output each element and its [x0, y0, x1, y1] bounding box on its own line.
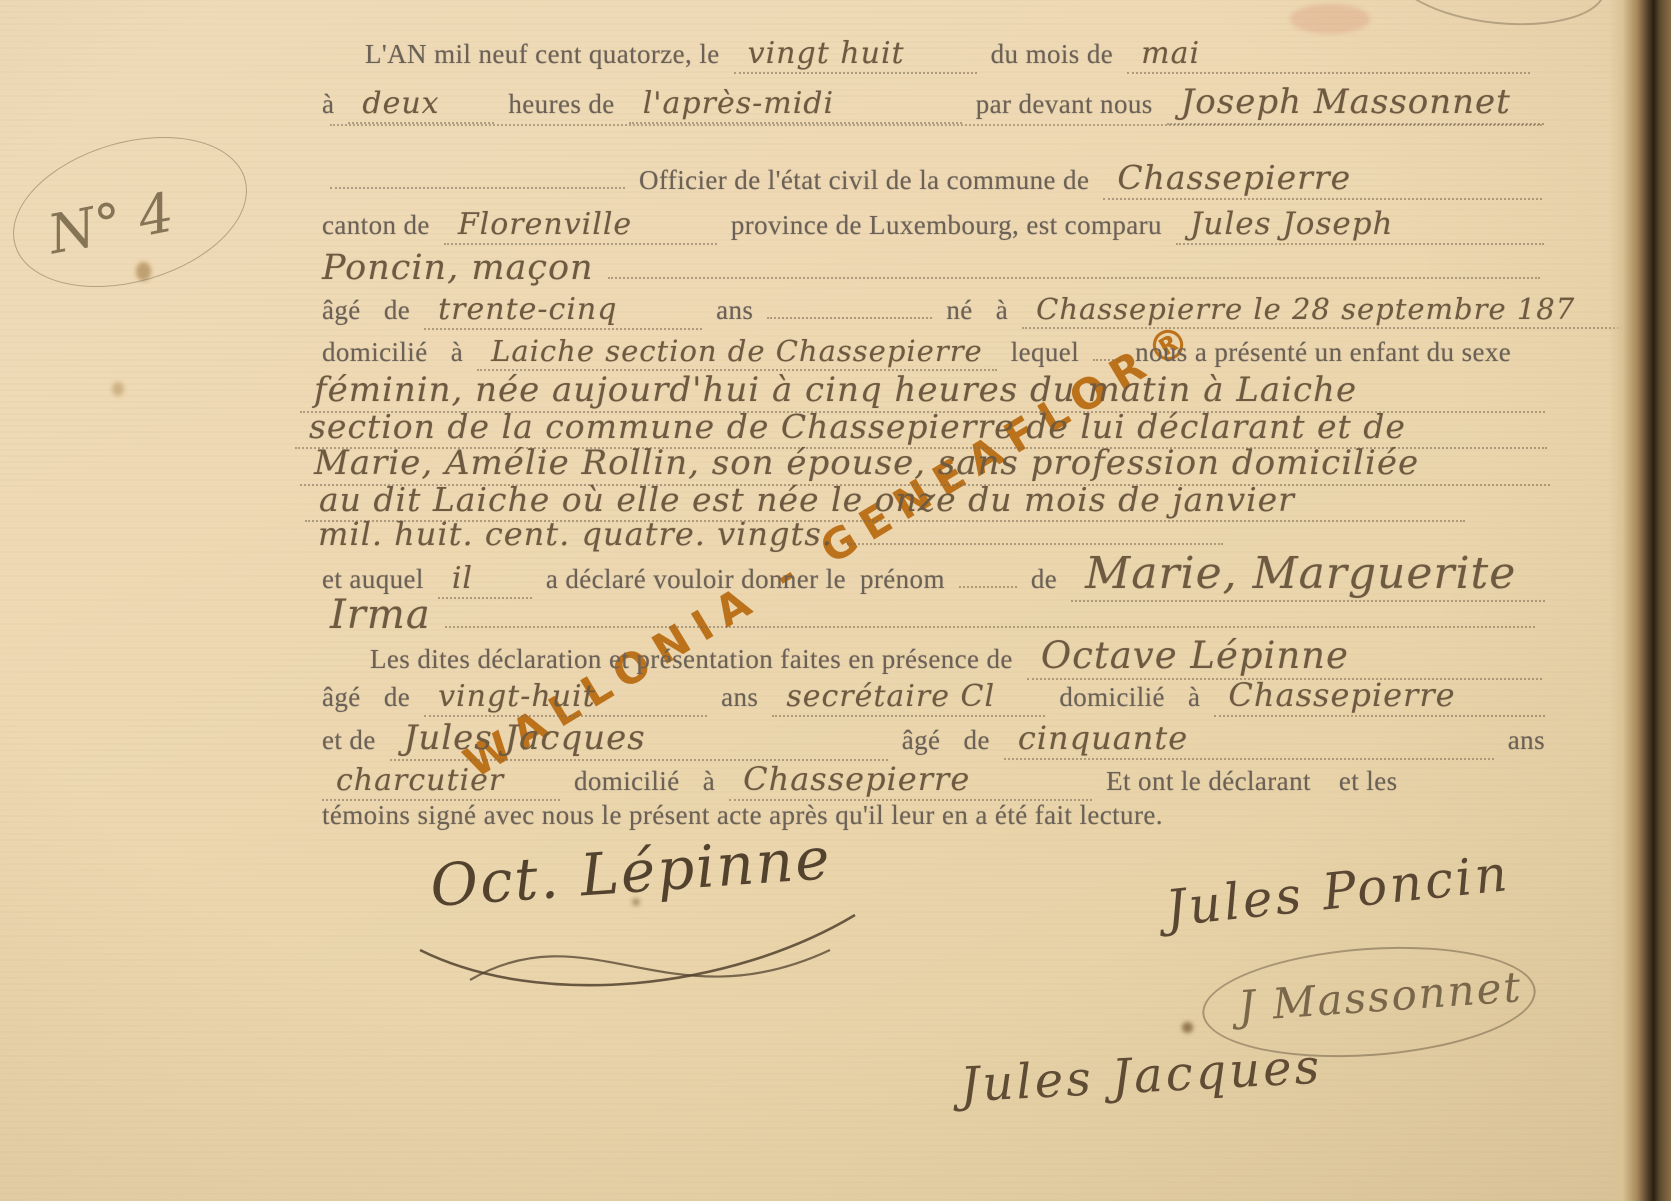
- handwritten-period: l'après-midi: [629, 86, 962, 124]
- printed-text: Les dites déclaration et présentation fa…: [370, 644, 1013, 675]
- handwritten-child-name-2: Irma: [330, 592, 431, 638]
- printed-text: a déclaré vouloir donner le: [546, 564, 846, 595]
- handwritten-witness1-age: vingt-huit: [424, 679, 707, 717]
- form-line-hour: à deux heures de l'après-midi par devant…: [322, 82, 1544, 125]
- handwritten-birthplace-date: Chassepierre le 28 septembre 187: [1022, 292, 1671, 329]
- printed-text: âgé de: [902, 725, 990, 756]
- printed-text: lequel: [1011, 337, 1079, 368]
- red-smudge: [1290, 4, 1370, 34]
- handwritten-canton: Florenville: [444, 207, 717, 245]
- signature-flourish: [400, 895, 880, 1005]
- form-line-witness2: et de Jules Jacques âgé de cinquante ans: [322, 718, 1545, 761]
- birth-certificate-scan: { "document": { "margin_number": "N° 4",…: [0, 0, 1671, 1201]
- form-line-age: âgé de trente-cinq ans né à Chassepierre…: [322, 292, 1671, 330]
- handwritten-witness2-age: cinquante: [1004, 719, 1494, 760]
- printed-text: domicilié à: [574, 766, 715, 797]
- dotted-blank: [1093, 359, 1121, 361]
- printed-text: province de Luxembourg, est comparu: [731, 210, 1162, 241]
- dotted-blank: [847, 543, 1223, 545]
- handwritten-declarant-firstname: Jules Joseph: [1176, 206, 1544, 245]
- printed-text: Et ont le déclarant: [1106, 766, 1311, 797]
- printed-text: L'AN mil neuf cent quatorze, le: [365, 39, 720, 70]
- handwritten-name-profession: Poncin, maçon: [322, 248, 594, 288]
- printed-text: canton de: [322, 210, 430, 241]
- dotted-blank: [330, 187, 625, 189]
- handwritten-witness1-name: Octave Lépinne: [1027, 634, 1542, 680]
- printed-text: et les: [1339, 766, 1398, 797]
- handwritten-witness2-name: Jules Jacques: [390, 718, 888, 761]
- printed-text: et de: [322, 725, 376, 756]
- form-line-witness1: âgé de vingt-huit ans secrétaire Cl domi…: [322, 676, 1545, 717]
- printed-text: du mois de: [991, 39, 1114, 70]
- dotted-blank: [767, 317, 932, 319]
- printed-text: ans: [1508, 725, 1545, 756]
- form-line-officier: Officier de l'état civil de la commune d…: [330, 158, 1542, 200]
- printed-text: Officier de l'état civil de la commune d…: [639, 165, 1089, 196]
- form-line-profession: Poncin, maçon: [322, 248, 1540, 288]
- form-line-canton: canton de Florenville province de Luxemb…: [322, 206, 1544, 245]
- handwritten-registrar: Joseph Massonnet: [1167, 82, 1544, 125]
- handwritten-domicile: Laiche section de Chassepierre: [477, 334, 997, 371]
- ink-stain: [1182, 1022, 1193, 1033]
- blank-rule: [330, 124, 1542, 126]
- printed-text: né à: [946, 295, 1008, 326]
- handwritten-hour: deux: [348, 86, 494, 124]
- printed-text: domicilié à: [322, 337, 463, 368]
- handwritten-age: trente-cinq: [424, 292, 702, 330]
- dotted-blank: [608, 277, 1540, 279]
- printed-text: ans: [716, 295, 753, 326]
- printed-text: et auquel: [322, 564, 424, 595]
- printed-text: à: [322, 89, 334, 120]
- printed-text: ans: [721, 682, 758, 713]
- printed-text: témoins signé avec nous le présent acte …: [322, 800, 1163, 831]
- printed-text: par devant nous: [976, 89, 1153, 120]
- form-line-witness2b: charcutier domicilié à Chassepierre Et o…: [322, 760, 1545, 801]
- handwritten-witness1-domicile: Chassepierre: [1214, 676, 1545, 717]
- form-line-year: L'AN mil neuf cent quatorze, le vingt hu…: [365, 36, 1530, 74]
- printed-text: de: [1031, 564, 1057, 595]
- form-line-prenom2: Irma: [330, 592, 1535, 638]
- form-line-closing: témoins signé avec nous le présent acte …: [322, 800, 1422, 831]
- ink-stain: [112, 382, 124, 396]
- handwritten-witness2-profession: charcutier: [322, 763, 560, 801]
- dotted-blank: [445, 626, 1535, 628]
- printed-text: âgé de: [322, 295, 410, 326]
- printed-text: prénom: [860, 564, 945, 595]
- dotted-blank: [959, 586, 1017, 588]
- handwritten-month: mai: [1127, 36, 1530, 74]
- handwritten-witness2-domicile: Chassepierre: [729, 760, 1092, 801]
- form-line-domicile: domicilié à Laiche section de Chassepier…: [322, 334, 1542, 371]
- binding-edge: [1609, 0, 1671, 1201]
- form-line-presence: Les dites déclaration et présentation fa…: [370, 634, 1542, 680]
- handwritten-day: vingt huit: [734, 36, 977, 74]
- printed-text: âgé de: [322, 682, 410, 713]
- handwritten-commune: Chassepierre: [1103, 158, 1542, 200]
- printed-text: heures de: [508, 89, 614, 120]
- handwritten-witness1-profession: secrétaire Cl: [772, 679, 1045, 717]
- printed-text: domicilié à: [1059, 682, 1200, 713]
- printed-text: nous a présenté un enfant du sexe: [1135, 337, 1511, 368]
